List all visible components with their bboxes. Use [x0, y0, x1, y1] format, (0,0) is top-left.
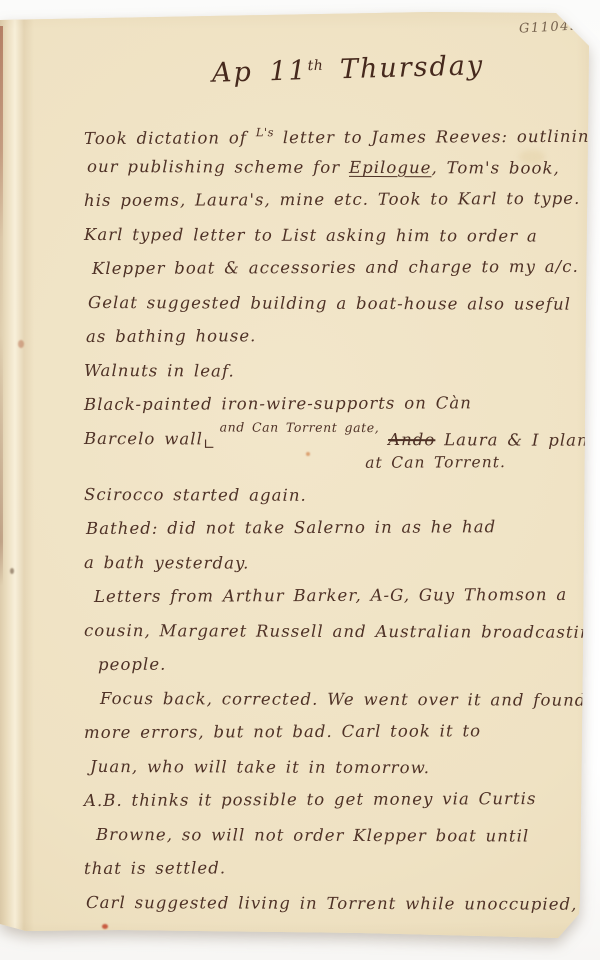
paper-crease	[0, 14, 34, 934]
text-segment: cousin, Margaret Russell and Australian …	[84, 621, 600, 642]
manuscript-line: people.	[98, 646, 572, 682]
text-segment: Took dictation of	[84, 128, 256, 148]
foxing-stain	[18, 340, 24, 348]
heading-weekday: Thursday	[323, 50, 485, 85]
manuscript-line: Took dictation of L's letter to James Re…	[84, 114, 572, 150]
text-segment: Bathed: did not take Salerno in as he ha…	[86, 517, 496, 538]
text-segment: Barcelo wall	[84, 429, 203, 448]
manuscript-line: Black-painted iron-wire-supports on Càn	[84, 386, 572, 422]
text-segment: Laura & I planned benches	[435, 430, 600, 450]
text-segment: Focus back, corrected. We went over it a…	[100, 689, 587, 710]
text-segment: a bath yesterday.	[84, 553, 250, 573]
text-segment: Gelat suggested building a boat-house al…	[88, 293, 571, 314]
manuscript-line: Klepper boat & accessories and charge to…	[92, 250, 572, 286]
text-segment-sup: L's	[256, 125, 274, 139]
entry-heading: Ap 11th Thursday	[212, 50, 485, 89]
text-segment: his poems, Laura's, mine etc. Took to Ka…	[84, 189, 580, 210]
heading-date: Ap 11	[212, 55, 309, 89]
text-segment: Juan, who will take it in tomorrow.	[90, 757, 430, 777]
manuscript-line: that is settled.	[84, 850, 572, 886]
catalog-number: G11049	[519, 18, 580, 36]
manuscript-line: Letters from Arthur Barker, A-G, Guy Tho…	[94, 578, 572, 614]
text-segment-strike: Ando	[388, 430, 435, 449]
text-segment: more errors, but not bad. Carl took it t…	[84, 721, 481, 742]
manuscript-line: cousin, Margaret Russell and Australian …	[84, 614, 572, 650]
text-segment: Carl suggested living in Torrent while u…	[86, 893, 578, 914]
foxing-stain	[102, 924, 108, 929]
manuscript-line: Karl typed letter to List asking him to …	[84, 218, 572, 254]
manuscript-line: Juan, who will take it in tomorrow.	[90, 750, 572, 786]
text-segment: Black-painted iron-wire-supports on Càn	[84, 393, 472, 414]
text-segment: Letters from Arthur Barker, A-G, Guy Tho…	[94, 585, 567, 606]
text-segment: at Can Torrent.	[365, 453, 506, 472]
manuscript-line: Bathed: did not take Salerno in as he ha…	[86, 510, 572, 546]
manuscript-line: Gelat suggested building a boat-house al…	[88, 286, 572, 322]
manuscript-line: Scirocco started again.	[84, 478, 572, 514]
text-segment: that is settled.	[84, 858, 226, 878]
manuscript-line: our publishing scheme for Epilogue, Tom'…	[87, 150, 572, 186]
page-gutter-edge	[0, 26, 3, 586]
text-segment: Browne, so will not order Klepper boat u…	[96, 825, 529, 846]
manuscript-line: more errors, but not bad. Carl took it t…	[84, 714, 572, 750]
manuscript-body: Took dictation of L's letter to James Re…	[84, 116, 572, 920]
text-segment-u: Epilogue	[349, 158, 432, 177]
text-segment: Karl typed letter to List asking him to …	[84, 225, 538, 246]
text-segment-ins: and Can Torrent gate,	[220, 421, 380, 434]
text-segment: letter to James Reeves: outlining	[274, 127, 600, 147]
manuscript-line: Carl suggested living in Torrent while u…	[86, 886, 572, 922]
heading-ordinal-suffix: th	[307, 58, 323, 74]
manuscript-line: a bath yesterday.	[84, 546, 572, 582]
manuscript-line: Walnuts in leaf.	[84, 354, 572, 390]
text-segment: our publishing scheme for	[87, 157, 349, 177]
text-segment: Walnuts in leaf.	[84, 361, 235, 381]
manuscript-page: G11049 Ap 11th Thursday Took dictation o…	[0, 0, 600, 960]
text-segment: Klepper boat & accessories and charge to…	[92, 257, 579, 278]
manuscript-line: as bathing house.	[86, 318, 572, 354]
manuscript-line: at Can Torrent.	[84, 454, 572, 478]
text-segment: people.	[98, 655, 167, 674]
foxing-stain	[10, 568, 14, 574]
text-segment: Scirocco started again.	[84, 485, 307, 505]
manuscript-line: his poems, Laura's, mine etc. Took to Ka…	[84, 182, 572, 218]
manuscript-line: Browne, so will not order Klepper boat u…	[96, 818, 572, 854]
paper-wrapper: G11049 Ap 11th Thursday Took dictation o…	[0, 0, 600, 960]
manuscript-line: A.B. thinks it possible to get money via…	[84, 782, 572, 818]
text-segment: as bathing house.	[86, 326, 257, 346]
manuscript-line: Focus back, corrected. We went over it a…	[100, 682, 572, 718]
text-segment	[379, 430, 388, 449]
text-segment: , Tom's book,	[431, 158, 559, 177]
text-segment: A.B. thinks it possible to get money via…	[84, 789, 537, 810]
